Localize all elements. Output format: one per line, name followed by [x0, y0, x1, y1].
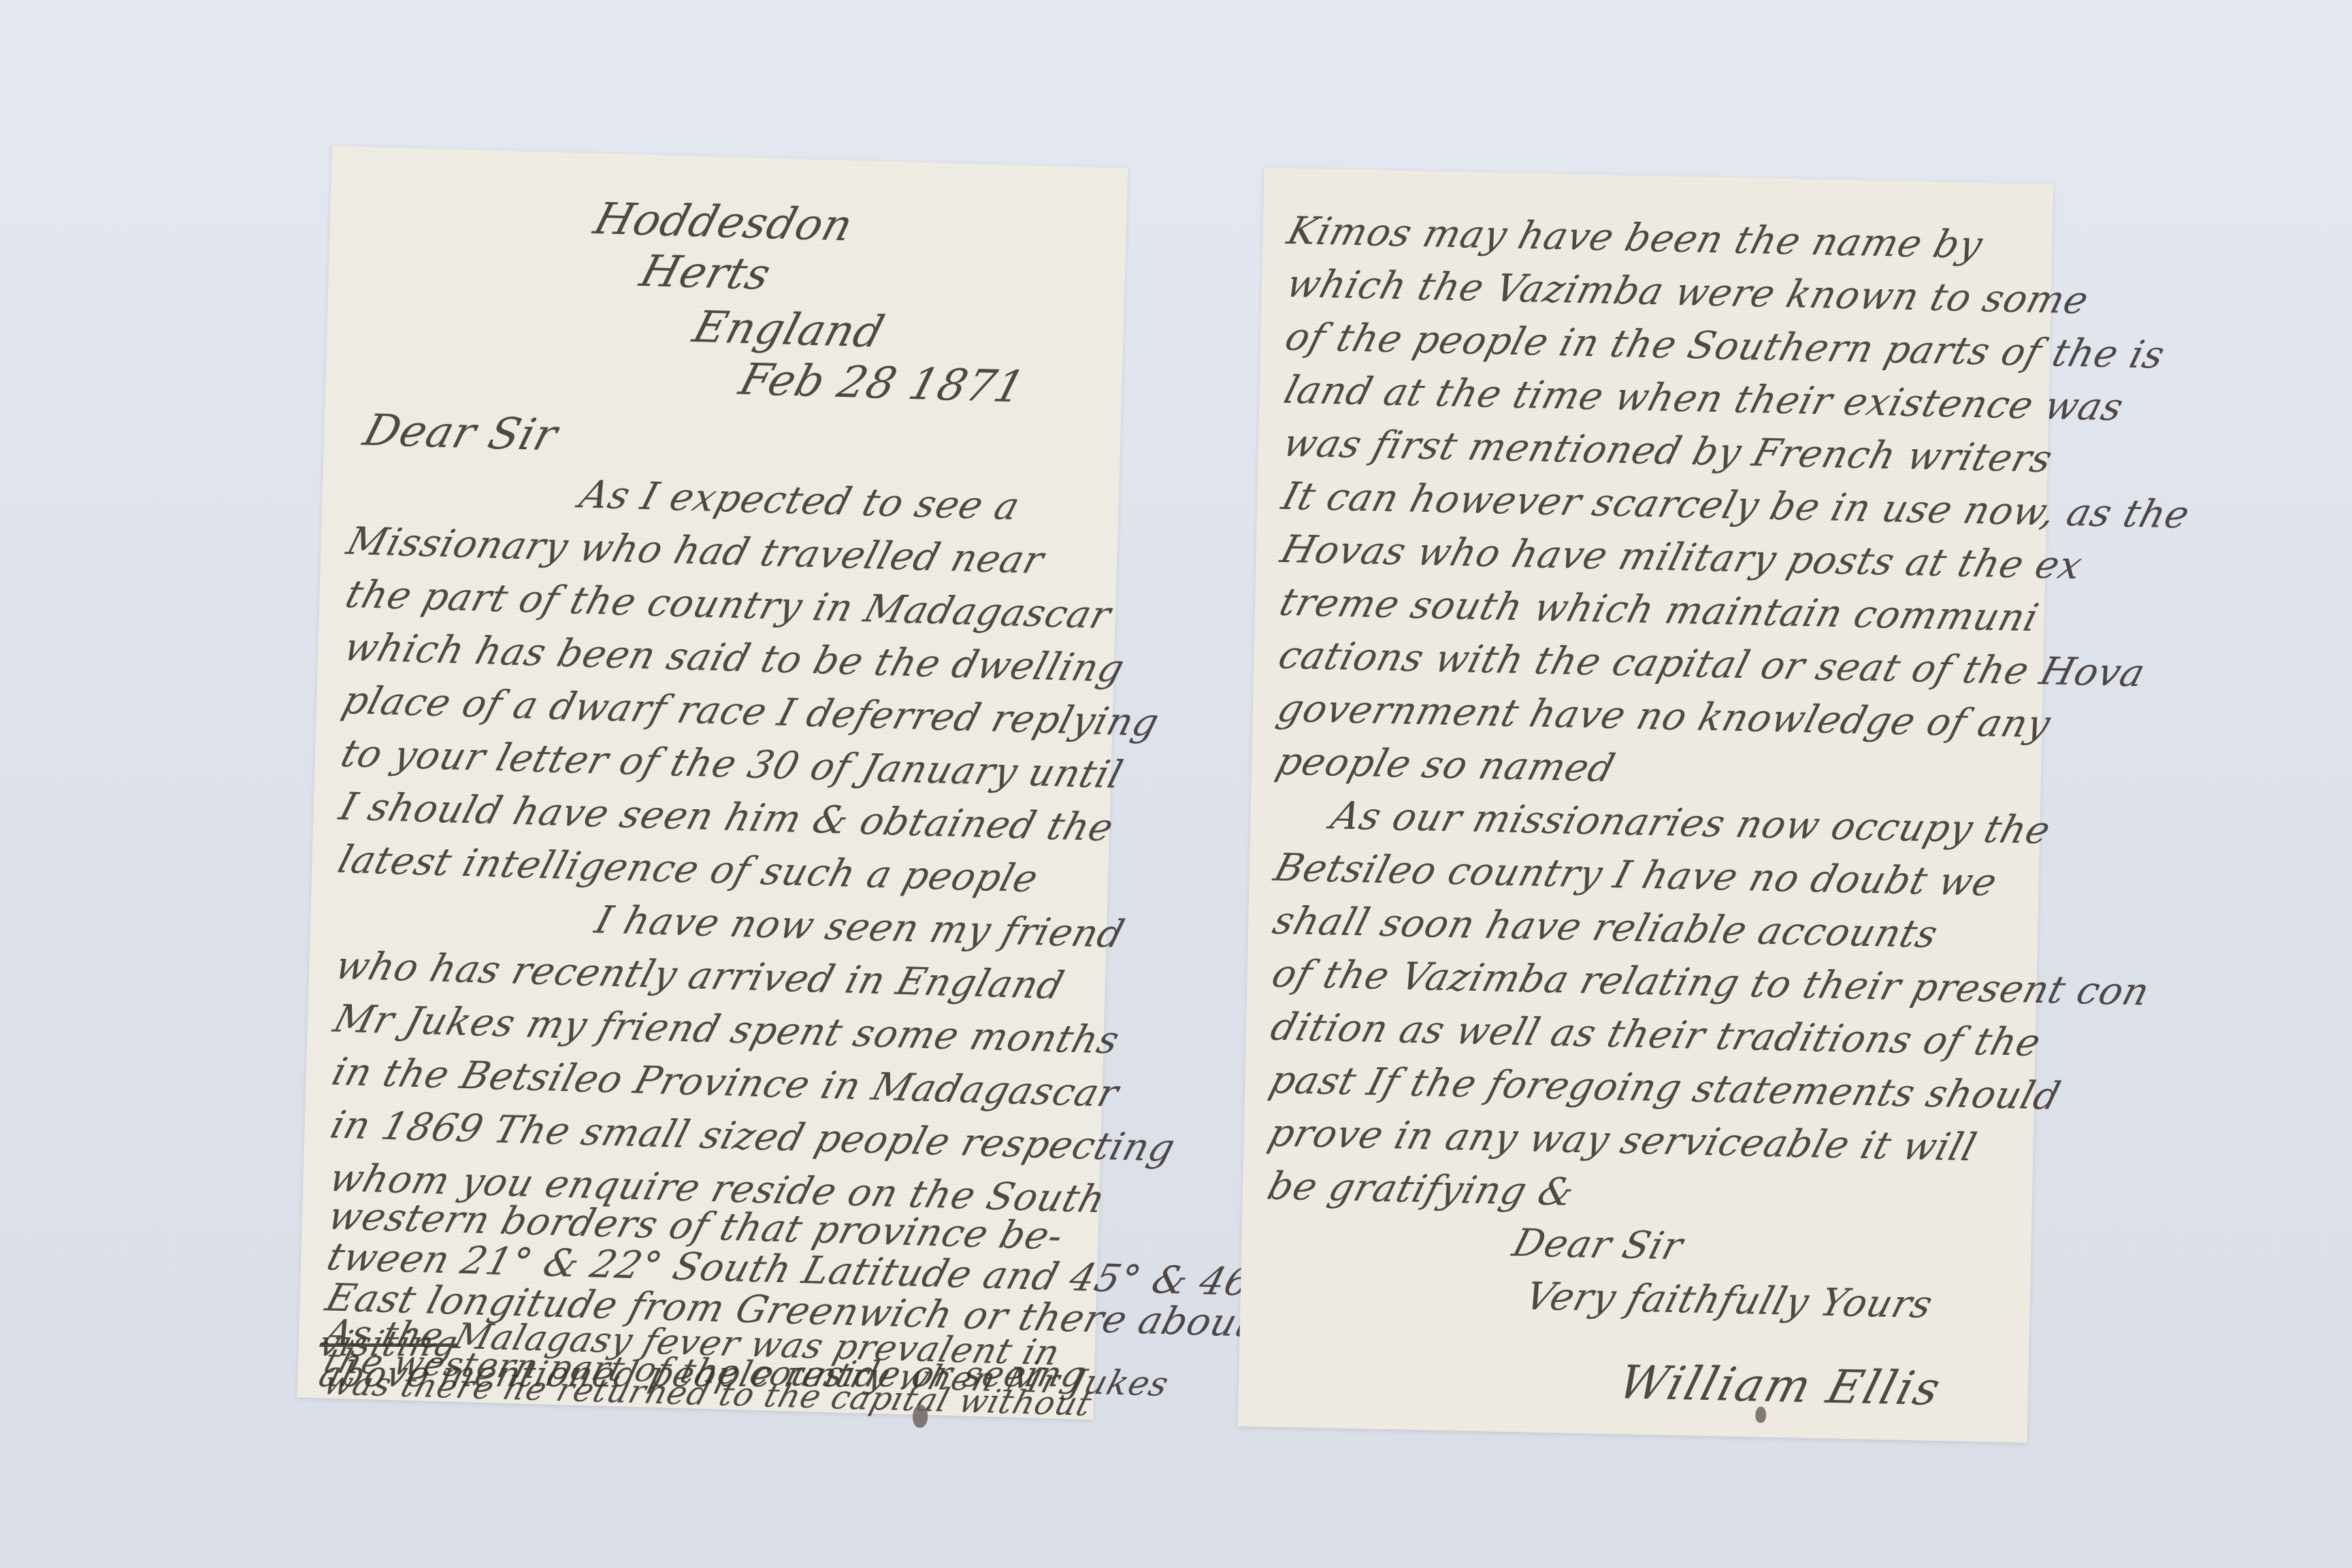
body-line: dition as well as their traditions of th… — [1266, 1005, 2046, 1065]
body-line: which the Vazimba were known to some — [1281, 262, 2093, 323]
body-line: people so named — [1271, 740, 1620, 791]
body-line: was first mentioned by French writers — [1278, 421, 2057, 481]
body-line: past If the foregoing statements should — [1265, 1058, 2065, 1119]
closing-salutation: Dear Sir — [1508, 1221, 1688, 1269]
body-line: Betsileo country I have no doubt we — [1269, 846, 2002, 905]
salutation: Dear Sir — [358, 406, 563, 461]
body-line: prove in any way serviceable it will — [1264, 1111, 1981, 1170]
letter-page-left: Hoddesdon Herts England Feb 28 1871 Dear… — [297, 146, 1128, 1420]
signature: William Ellis — [1613, 1356, 1948, 1416]
body-line: of the Vazimba relating to their present… — [1267, 952, 2155, 1015]
body-line: government have no knowledge of any — [1273, 687, 2055, 747]
address-line-3: England — [687, 302, 889, 357]
body-line: Missionary who had travelled near — [342, 519, 1049, 583]
address-line-2: Herts — [635, 246, 777, 300]
address-line-1: Hoddesdon — [589, 194, 859, 251]
body-line: of the people in the Southern parts of t… — [1281, 315, 2170, 378]
ink-blot — [1755, 1407, 1766, 1423]
body-line: be gratifying & — [1262, 1164, 1580, 1215]
closing-phrase: Very faithfully Yours — [1520, 1275, 1938, 1327]
body-line: cations with the capital or seat of the … — [1274, 634, 2151, 696]
body-line: As I expected to see a — [575, 473, 1025, 529]
body-line: It can however scarcely be in use now, a… — [1277, 474, 2195, 538]
body-line: As our missionaries now occupy the — [1326, 794, 2056, 853]
ink-blot — [913, 1405, 928, 1428]
body-line: who has recently arrived in England — [330, 944, 1068, 1008]
body-line: I have now seen my friend — [590, 898, 1129, 957]
body-line: treme south which maintain communi — [1275, 581, 2043, 640]
body-line: shall soon have reliable accounts — [1269, 899, 1943, 957]
body-line: above mentioned people reside or seeing — [315, 1354, 1090, 1395]
body-line: land at the time when their existence wa… — [1279, 368, 2129, 429]
body-line: Kimos may have been the name by — [1283, 209, 1988, 267]
letter-date: Feb 28 1871 — [734, 355, 1030, 412]
letter-page-right: Kimos may have been the name by which th… — [1238, 167, 2053, 1443]
body-line: Hovas who have military posts at the ex — [1276, 527, 2087, 588]
body-line: latest intelligence of such a people — [333, 838, 1043, 901]
